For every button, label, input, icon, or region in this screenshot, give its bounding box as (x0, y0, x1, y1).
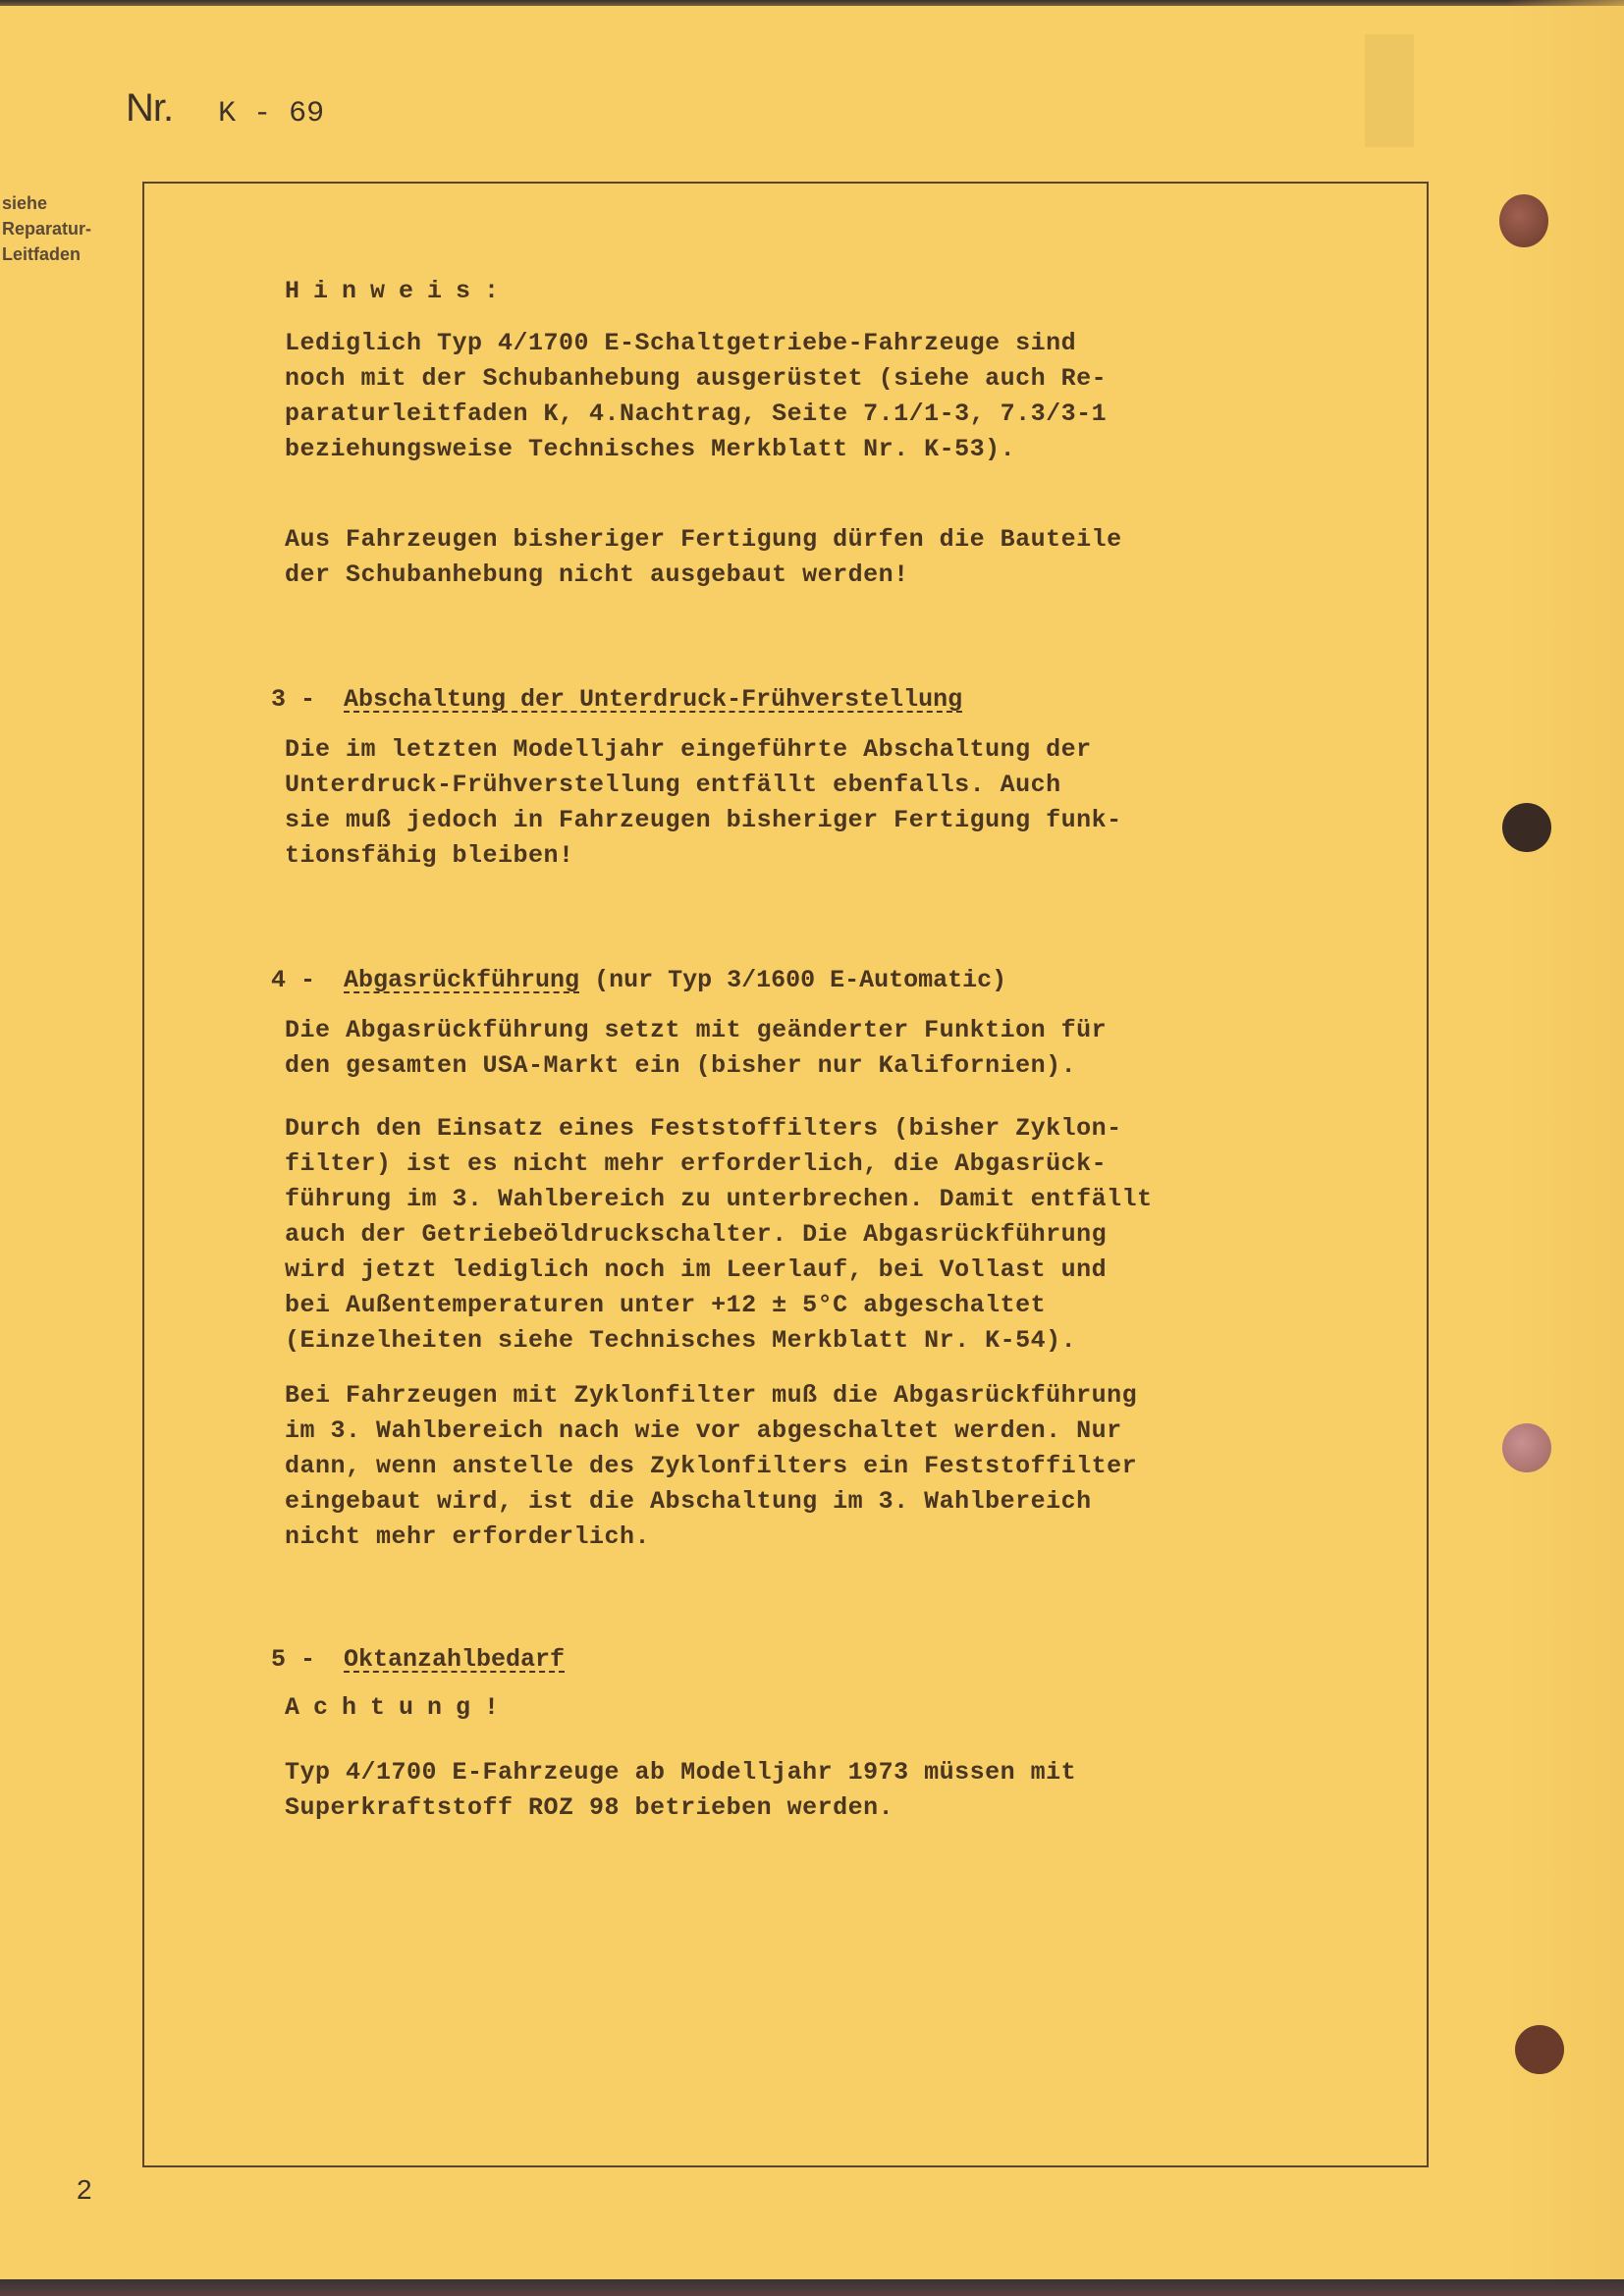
section-number: 5 - (271, 1642, 344, 1679)
page-number: 2 (77, 2174, 92, 2206)
section-4-line: auch der Getriebeöldruckschalter. Die Ab… (285, 1217, 1107, 1254)
side-note-line: Leitfaden (2, 241, 91, 267)
bleed-through-mark (1365, 34, 1414, 147)
scan-top-edge (0, 0, 1624, 6)
section-3-line: Die im letzten Modelljahr eingeführte Ab… (285, 732, 1092, 769)
section-4-line: im 3. Wahlbereich nach wie vor abgeschal… (285, 1414, 1122, 1450)
section-title: Abschaltung der Unterdruck-Frühverstellu… (344, 685, 962, 714)
section-number: 4 - (271, 963, 344, 999)
notice-line: paraturleitfaden K, 4.Nachtrag, Seite 7.… (285, 397, 1107, 433)
scan-bottom-edge (0, 2279, 1624, 2296)
notice-heading: Hinweis: (285, 274, 513, 310)
section-4-line: wird jetzt lediglich noch im Leerlauf, b… (285, 1253, 1107, 1289)
side-note-reference: siehe Reparatur- Leitfaden (2, 190, 91, 267)
document-number: Nr. K - 69 (126, 86, 324, 131)
section-3-line: tionsfähig bleiben! (285, 838, 574, 875)
document-number-label: Nr. (126, 86, 173, 131)
warning-line: Superkraftstoff ROZ 98 betrieben werden. (285, 1790, 893, 1827)
section-3-line: Unterdruck-Frühverstellung entfällt eben… (285, 768, 1061, 804)
section-4-line: eingebaut wird, ist die Abschaltung im 3… (285, 1484, 1092, 1521)
punch-hole (1499, 194, 1548, 247)
section-3-line: sie muß jedoch in Fahrzeugen bisheriger … (285, 803, 1122, 839)
warning-line: Typ 4/1700 E-Fahrzeuge ab Modelljahr 197… (285, 1755, 1076, 1791)
section-4-line: filter) ist es nicht mehr erforderlich, … (285, 1147, 1107, 1183)
section-4-line: nicht mehr erforderlich. (285, 1520, 650, 1556)
section-4-line: führung im 3. Wahlbereich zu unterbreche… (285, 1182, 1153, 1218)
side-note-line: Reparatur- (2, 216, 91, 241)
section-4-line: dann, wenn anstelle des Zyklonfilters ei… (285, 1449, 1137, 1485)
section-4-line: Durch den Einsatz eines Feststoffilters … (285, 1111, 1122, 1148)
punch-hole (1502, 803, 1551, 852)
section-number: 3 - (271, 682, 344, 719)
section-4-line: (Einzelheiten siehe Technisches Merkblat… (285, 1323, 1076, 1360)
section-4-line: Die Abgasrückführung setzt mit geänderte… (285, 1013, 1107, 1049)
notice-line: noch mit der Schubanhebung ausgerüstet (… (285, 361, 1107, 398)
section-4-line: den gesamten USA-Markt ein (bisher nur K… (285, 1048, 1076, 1085)
section-title: Abgasrückführung (344, 966, 579, 994)
page-shadow (1506, 0, 1624, 2296)
section-title: Oktanzahlbedarf (344, 1645, 565, 1674)
section-4-line: Bei Fahrzeugen mit Zyklonfilter muß die … (285, 1378, 1137, 1415)
punch-hole (1502, 1423, 1551, 1472)
notice-line: der Schubanhebung nicht ausgebaut werden… (285, 558, 909, 594)
notice-line: Lediglich Typ 4/1700 E-Schaltgetriebe-Fa… (285, 326, 1076, 362)
punch-hole (1515, 2025, 1564, 2074)
section-title-suffix: (nur Typ 3/1600 E-Automatic) (579, 966, 1006, 994)
notice-line: beziehungsweise Technisches Merkblatt Nr… (285, 432, 1015, 468)
section-4-line: bei Außentemperaturen unter +12 ± 5°C ab… (285, 1288, 1046, 1324)
document-number-value: K - 69 (218, 97, 324, 131)
warning-heading: Achtung! (285, 1690, 513, 1727)
side-note-line: siehe (2, 190, 91, 216)
notice-line: Aus Fahrzeugen bisheriger Fertigung dürf… (285, 522, 1122, 559)
